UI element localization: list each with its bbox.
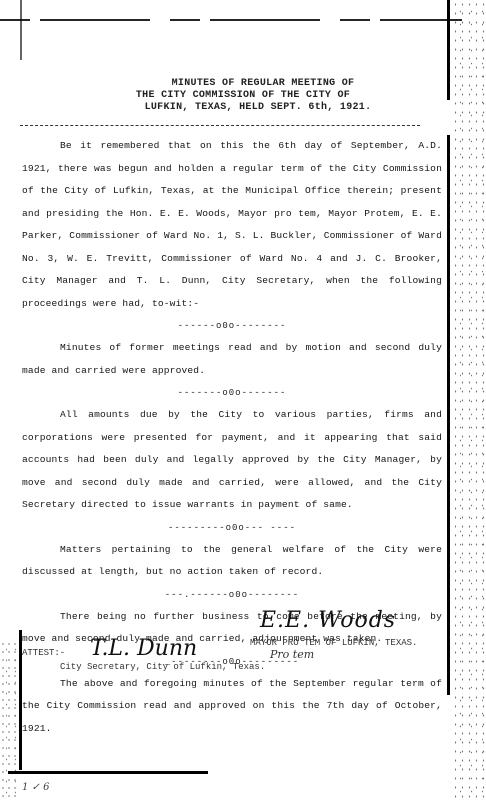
paragraph-accounts: All amounts due by the City to various p… [22, 404, 442, 517]
separator: ---------o0o--- ---- [22, 517, 442, 539]
title-line: THE CITY COMMISSION OF THE CITY OF [0, 90, 486, 102]
minutes-body: Be it remembered that on this the 6th da… [22, 135, 442, 740]
scan-noise-left [0, 640, 20, 800]
scan-border-right [447, 135, 450, 695]
scan-border-top [0, 19, 462, 21]
secretary-signature: T.L. Dunn [90, 636, 197, 661]
scanned-document-page: MINUTES OF REGULAR MEETING OF THE CITY C… [0, 0, 486, 800]
scan-border-bottom [8, 771, 208, 774]
title-line: MINUTES OF REGULAR MEETING OF [0, 78, 486, 90]
paragraph-welfare: Matters pertaining to the general welfar… [22, 539, 442, 584]
scan-border-mark [20, 0, 22, 60]
title-line: LUFKIN, TEXAS, HELD SEPT. 6th, 1921. [0, 102, 486, 114]
separator: ------o0o-------- [22, 315, 442, 337]
separator: -------o0o------- [22, 382, 442, 404]
paragraph-minutes-approved: Minutes of former meetings read and by m… [22, 337, 442, 382]
document-title: MINUTES OF REGULAR MEETING OF THE CITY C… [0, 78, 486, 114]
paragraph-approval: The above and foregoing minutes of the S… [22, 673, 442, 741]
mayor-title: MAYOR PRO TEM OF LUFKIN, TEXAS. [250, 638, 417, 648]
corner-annotation: 1 ✓ 6 [22, 782, 49, 793]
secretary-title: City Secretary, City of Lufkin, Texas. [60, 662, 265, 672]
separator: ---.------o0o-------- [22, 584, 442, 606]
title-rule [20, 125, 420, 126]
mayor-note: Pro tem [270, 648, 314, 661]
attest-label: ATTEST:- [22, 648, 65, 658]
mayor-signature: E.E. Woods [260, 608, 396, 633]
scan-noise-right [452, 0, 486, 800]
paragraph-opening: Be it remembered that on this the 6th da… [22, 135, 442, 315]
